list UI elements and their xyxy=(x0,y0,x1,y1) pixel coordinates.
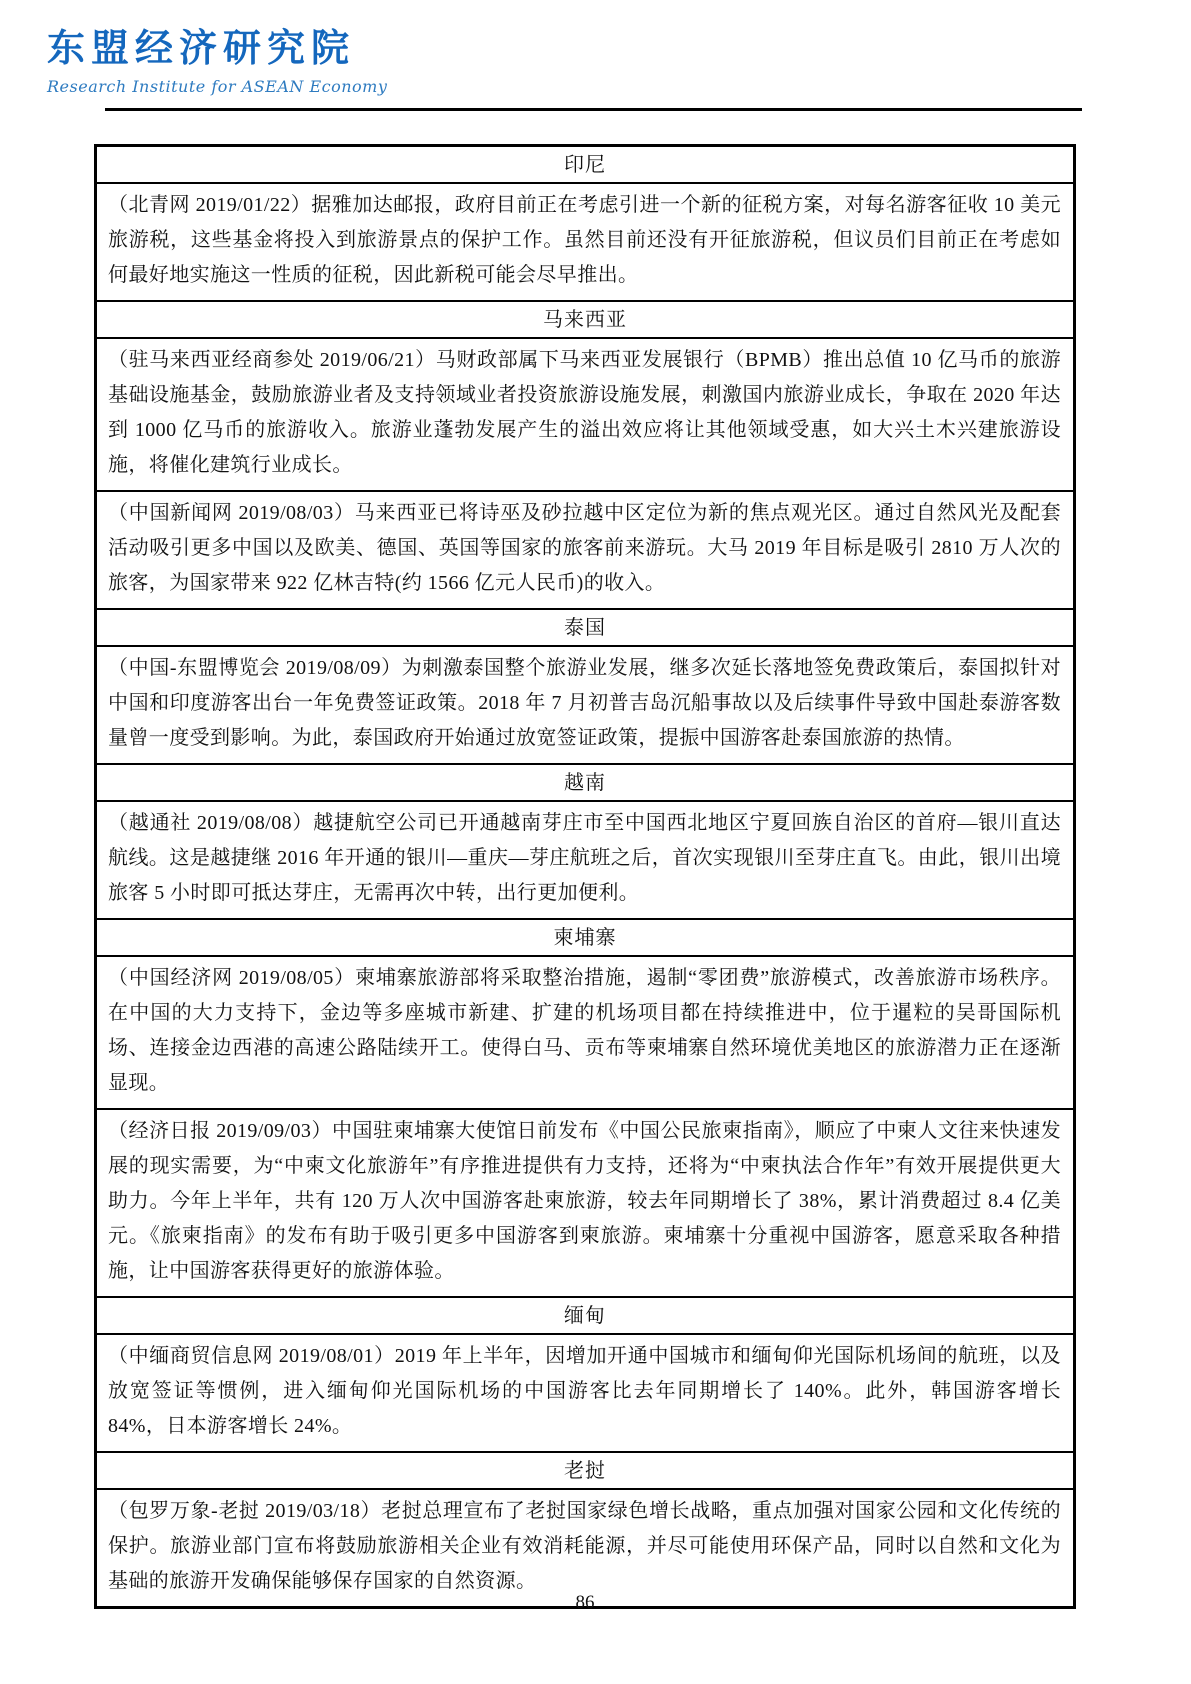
section-header-vietnam: 越南 xyxy=(96,764,1075,801)
table-row: 老挝 xyxy=(96,1452,1075,1489)
table-row: （北青网 2019/01/22）据雅加达邮报，政府目前正在考虑引进一个新的征税方… xyxy=(96,183,1075,301)
news-paragraph: （中国新闻网 2019/08/03）马来西亚已将诗巫及砂拉越中区定位为新的焦点观… xyxy=(96,491,1075,609)
news-paragraph: （包罗万象-老挝 2019/03/18）老挝总理宣布了老挝国家绿色增长战略，重点… xyxy=(96,1489,1075,1608)
table-row: （中国-东盟博览会 2019/08/09）为刺激泰国整个旅游业发展，继多次延长落… xyxy=(96,646,1075,764)
news-paragraph: （中缅商贸信息网 2019/08/01）2019 年上半年，因增加开通中国城市和… xyxy=(96,1334,1075,1452)
table-row: 印尼 xyxy=(96,146,1075,184)
news-paragraph: （中国-东盟博览会 2019/08/09）为刺激泰国整个旅游业发展，继多次延长落… xyxy=(96,646,1075,764)
news-paragraph: （经济日报 2019/09/03）中国驻柬埔寨大使馆日前发布《中国公民旅柬指南》… xyxy=(96,1109,1075,1297)
news-paragraph: （中国经济网 2019/08/05）柬埔寨旅游部将采取整治措施，遏制“零团费”旅… xyxy=(96,956,1075,1109)
letterhead: 东盟经济研究院 Research Institute for ASEAN Eco… xyxy=(47,28,387,96)
section-header-myanmar: 缅甸 xyxy=(96,1297,1075,1334)
document-page: 东盟经济研究院 Research Institute for ASEAN Eco… xyxy=(0,0,1191,1684)
section-header-malaysia: 马来西亚 xyxy=(96,301,1075,338)
table-row: （中缅商贸信息网 2019/08/01）2019 年上半年，因增加开通中国城市和… xyxy=(96,1334,1075,1452)
news-table: 印尼 （北青网 2019/01/22）据雅加达邮报，政府目前正在考虑引进一个新的… xyxy=(94,144,1076,1609)
section-header-thailand: 泰国 xyxy=(96,609,1075,646)
section-header-laos: 老挝 xyxy=(96,1452,1075,1489)
page-number: 86 xyxy=(576,1592,595,1613)
table-row: 柬埔寨 xyxy=(96,919,1075,956)
table-row: （越通社 2019/08/08）越捷航空公司已开通越南芽庄市至中国西北地区宁夏回… xyxy=(96,801,1075,919)
org-logo-title: 东盟经济研究院 xyxy=(47,28,387,72)
table-row: 缅甸 xyxy=(96,1297,1075,1334)
table-row: 越南 xyxy=(96,764,1075,801)
table-row: （驻马来西亚经商参处 2019/06/21）马财政部属下马来西亚发展银行（BPM… xyxy=(96,338,1075,491)
table-row: 泰国 xyxy=(96,609,1075,646)
org-logo-subtitle: Research Institute for ASEAN Economy xyxy=(47,77,387,96)
table-row: 马来西亚 xyxy=(96,301,1075,338)
news-paragraph: （北青网 2019/01/22）据雅加达邮报，政府目前正在考虑引进一个新的征税方… xyxy=(96,183,1075,301)
table-row: （中国新闻网 2019/08/03）马来西亚已将诗巫及砂拉越中区定位为新的焦点观… xyxy=(96,491,1075,609)
news-paragraph: （驻马来西亚经商参处 2019/06/21）马财政部属下马来西亚发展银行（BPM… xyxy=(96,338,1075,491)
table-row: （包罗万象-老挝 2019/03/18）老挝总理宣布了老挝国家绿色增长战略，重点… xyxy=(96,1489,1075,1608)
table-row: （经济日报 2019/09/03）中国驻柬埔寨大使馆日前发布《中国公民旅柬指南》… xyxy=(96,1109,1075,1297)
page-footer: 86 xyxy=(94,1592,1076,1614)
section-header-indonesia: 印尼 xyxy=(96,146,1075,184)
table-row: （中国经济网 2019/08/05）柬埔寨旅游部将采取整治措施，遏制“零团费”旅… xyxy=(96,956,1075,1109)
news-paragraph: （越通社 2019/08/08）越捷航空公司已开通越南芽庄市至中国西北地区宁夏回… xyxy=(96,801,1075,919)
section-header-cambodia: 柬埔寨 xyxy=(96,919,1075,956)
header-rule xyxy=(105,108,1082,111)
